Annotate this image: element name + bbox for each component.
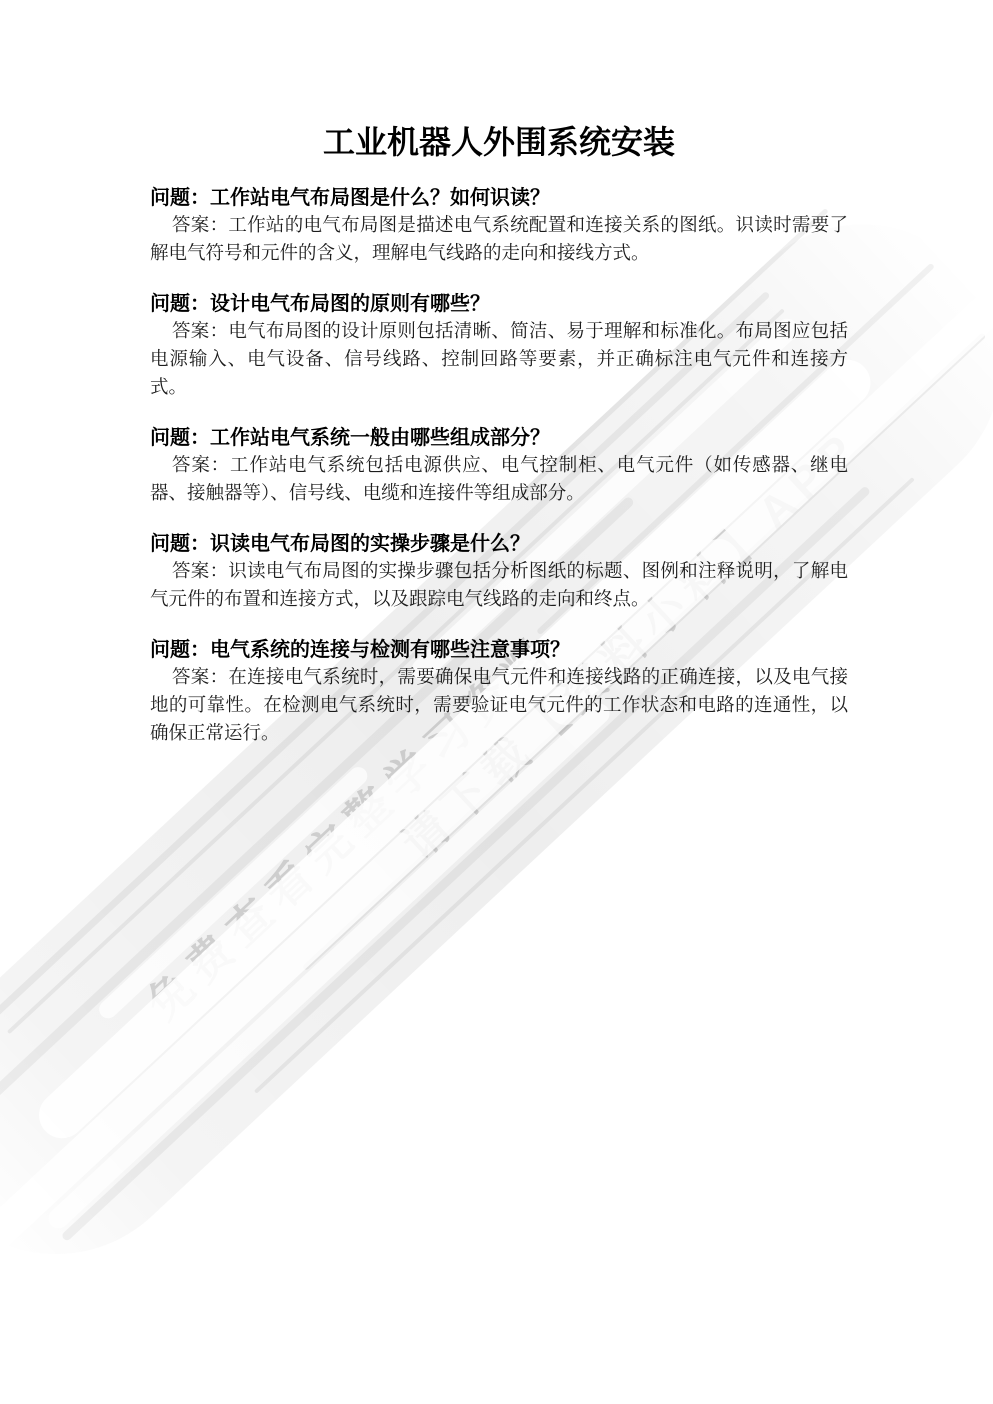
question-text: 问题：电气系统的连接与检测有哪些注意事项？ [150, 636, 848, 664]
answer-text: 答案：在连接电气系统时，需要确保电气元件和连接线路的正确连接，以及电气接地的可靠… [150, 664, 848, 748]
watermark-white-streak [95, 763, 371, 1022]
qa-block-5: 问题：电气系统的连接与检测有哪些注意事项？ 答案：在连接电气系统时，需要确保电气… [150, 636, 848, 748]
answer-text: 答案：工作站电气系统包括电源供应、电气控制柜、电气元件（如传感器、继电器、接触器… [150, 452, 848, 508]
question-text: 问题：设计电气布局图的原则有哪些？ [150, 290, 848, 318]
page-title: 工业机器人外围系统安装 [150, 122, 848, 162]
qa-block-2: 问题：设计电气布局图的原则有哪些？ 答案：电气布局图的设计原则包括清晰、简洁、易… [150, 290, 848, 402]
document-content: 工业机器人外围系统安装 问题：工作站电气布局图是什么？如何识读？ 答案：工作站的… [0, 0, 993, 748]
question-text: 问题：识读电气布局图的实操步骤是什么？ [150, 530, 848, 558]
document-page: 免费查看完整学习资料 请下载【资料小料】APP 工业机器人外围系统安装 问题：工… [0, 0, 993, 1404]
qa-block-4: 问题：识读电气布局图的实操步骤是什么？ 答案：识读电气布局图的实操步骤包括分析图… [150, 530, 848, 614]
question-text: 问题：工作站电气系统一般由哪些组成部分？ [150, 424, 848, 452]
answer-text: 答案：识读电气布局图的实操步骤包括分析图纸的标题、图例和注释说明，了解电气元件的… [150, 558, 848, 614]
answer-text: 答案：工作站的电气布局图是描述电气系统配置和连接关系的图纸。识读时需要了解电气符… [150, 212, 848, 268]
qa-block-3: 问题：工作站电气系统一般由哪些组成部分？ 答案：工作站电气系统包括电源供应、电气… [150, 424, 848, 508]
qa-block-1: 问题：工作站电气布局图是什么？如何识读？ 答案：工作站的电气布局图是描述电气系统… [150, 184, 848, 268]
answer-text: 答案：电气布局图的设计原则包括清晰、简洁、易于理解和标准化。布局图应包括电源输入… [150, 318, 848, 402]
watermark-white-streak [44, 700, 613, 1233]
question-text: 问题：工作站电气布局图是什么？如何识读？ [150, 184, 848, 212]
